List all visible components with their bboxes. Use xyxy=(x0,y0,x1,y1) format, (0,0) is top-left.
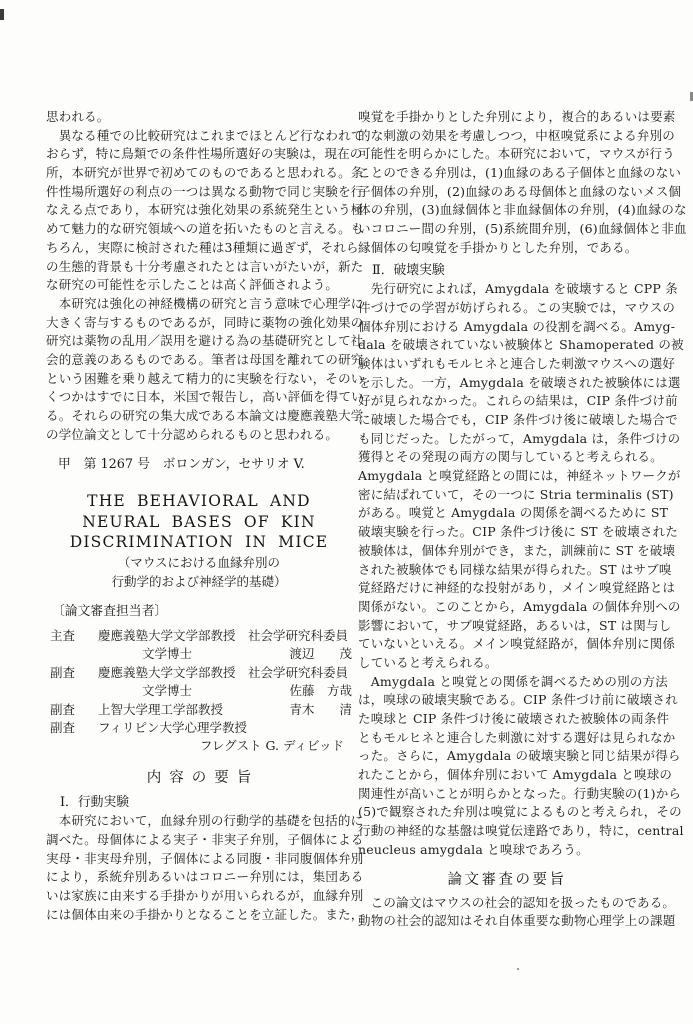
text-line: 研究は薬物の乱用／誤用を避ける為の基礎研究として社 xyxy=(46,332,352,351)
committee-row: 副査 上智大学理工学部教授 青木 清 xyxy=(46,701,352,719)
section-i-title: Ⅰ．行動実験 xyxy=(46,794,352,813)
committee-role: 主査 xyxy=(46,627,90,645)
text-line: 験体はいずれもモルヒネと連合した刺激マウスへの選好 xyxy=(358,355,654,374)
text-line: 嗅覚を手掛かりとした弁別により，複合的あるいは要素 xyxy=(358,108,654,127)
scan-artifact-mark xyxy=(0,9,4,20)
right-column: 嗅覚を手掛かりとした弁別により，複合的あるいは要素的な刺激の効果を考慮しつつ，中… xyxy=(358,108,654,931)
title-line: 行動学的および神経学的基礎） xyxy=(46,572,352,591)
committee-name: フレグスト G. ディビッド xyxy=(200,737,352,755)
text-line: 本研究は強化の神経機構の研究と言う意味で心理学に xyxy=(46,295,352,314)
text-line: 子個体の弁別，(2)血縁のある母個体と血縁のないメス個 xyxy=(358,183,654,202)
text-line: 覚経路だけに神経的な投射があり，メイン嗅覚経路とは xyxy=(358,579,654,598)
text-line: めて魅力的な研究領域への道を拓いたものと言える。も xyxy=(46,220,352,239)
review-heading: 論文審査の要旨 xyxy=(358,868,654,892)
committee-degree: 文学博士 xyxy=(90,682,289,700)
text-line: ことのできる弁別は，(1)血縁のある子個体と血縁のない xyxy=(358,164,654,183)
text-line: この論文はマウスの社会的認知を扱ったものである。 xyxy=(358,894,654,913)
text-line: も同じだった。したがって，Amygdala は，条件づけの xyxy=(358,430,654,449)
text-line: 動物の社会的認知はそれ自体重要な動物心理学上の課題 xyxy=(358,912,654,931)
text-line: により，系統弁別あるいはコロニー弁別には，集団ある xyxy=(46,868,352,887)
section-ii-paragraph-b: Amygdala と嗅覚との関係を調べるための別の方法は，嗅球の破壊実験である。… xyxy=(358,673,654,860)
committee-name: 青木 清 xyxy=(289,701,352,719)
text-line: 大きく寄与するものであるが，同時に薬物の強化効果の xyxy=(46,314,352,333)
committee-section-label: 〔論文審査担当者〕 xyxy=(46,603,352,621)
text-line: という困難を乗り越えて精力的に実験を行ない，そのい xyxy=(46,370,352,389)
committee-role xyxy=(46,645,90,663)
text-line: 被験体は，個体弁別ができ，また，訓練前に ST を破壊 xyxy=(358,542,654,561)
text-line: の生態的背景も十分考慮されたとは言いがたいが，新た xyxy=(46,258,352,277)
text-line: ちろん，実際に検討された種は3種類に過ぎず，それら xyxy=(46,239,352,258)
title-line: DISCRIMINATION IN MICE xyxy=(46,532,352,553)
committee-affiliation: フィリピン大学心理学教授 xyxy=(90,719,352,737)
text-line: ともモルヒネと連合した刺激に対する選好は見られなか xyxy=(358,729,654,748)
text-line: には個体由来の手掛かりとなることを立証した。また， xyxy=(46,906,352,925)
committee-row: 副査 慶應義塾大学文学部教授 社会学研究科委員 xyxy=(46,664,352,682)
title-line: （マウスにおける血縁弁別の xyxy=(46,553,352,572)
scan-artifact-dot xyxy=(517,968,519,970)
text-line: おらず，特に鳥類での条件性場所選好の実験は，現在の xyxy=(46,145,352,164)
text-line: れたことから，個体弁別において Amygdala と嗅球の xyxy=(358,766,654,785)
text-line: の学位論文として十分認められるものと思われる。 xyxy=(46,426,352,445)
text-line: neucleus amygdala と嗅球であろう。 xyxy=(358,841,654,860)
text-line: 会的意義のあるものである。筆者は母国を離れての研究 xyxy=(46,351,352,370)
title-line: NEURAL BASES OF KIN xyxy=(46,512,352,533)
text-line: 密に結ばれていて，その一つに Stria terminalis (ST) xyxy=(358,486,654,505)
text-line: 破壊実験を行った。CIP 条件づけ後に ST を破壊された xyxy=(358,523,654,542)
text-line: がある。嗅覚と Amygdala の関係を調べるために ST xyxy=(358,504,654,523)
text-line: 異なる種での比較研究はこれまでほとんど行なわれて xyxy=(46,127,352,146)
committee-name: 渡辺 茂 xyxy=(289,645,352,663)
text-line: 縁個体の匂嗅覚を手掛かりとした弁別，である。 xyxy=(358,239,654,258)
text-line: いは家族に由来する手掛かりが用いられるが，血縁弁別 xyxy=(46,887,352,906)
text-line: る。それらの研究の集大成である本論文は慶應義塾大学 xyxy=(46,407,352,426)
committee-role: 副査 xyxy=(46,701,90,719)
text-line: 獲得とその発現の両方の関与していると考えられる。 xyxy=(358,448,654,467)
text-line: 関係がない。このことから，Amygdala の個体弁別への xyxy=(358,598,654,617)
text-line: (5)で観察された弁別は嗅覚によるものと考えられ，その xyxy=(358,803,654,822)
committee-affiliation: 慶應義塾大学文学部教授 社会学研究科委員 xyxy=(90,664,352,682)
text-line: 体の弁別，(3)血縁個体と非血縁個体の弁別，(4)血縁のな xyxy=(358,201,654,220)
text-line: た嗅球と CIP 条件づけ後に破壊された被験体の両条件 xyxy=(358,710,654,729)
committee-row: フレグスト G. ディビッド xyxy=(46,737,352,755)
text-line: 実母・非実母弁別，子個体による同腹・非同腹個体弁別 xyxy=(46,850,352,869)
section-i-paragraph: 本研究において，血縁弁別の行動学的基礎を包括的に調べた。母個体による実子・非実子… xyxy=(46,812,352,924)
text-line: dala を破壊されていない被験体と Shamoperated の被 xyxy=(358,336,654,355)
committee-name: 佐藤 方哉 xyxy=(289,682,352,700)
text-line: 件性場所選好の利点の一つは異なる動物で同じ実験を行 xyxy=(46,183,352,202)
document-page: 思われる。 異なる種での比較研究はこれまでほとんど行なわれておらず，特に鳥類での… xyxy=(0,0,693,1024)
text-line: を示した。一方，Amygdala を破壊された被験体には選 xyxy=(358,374,654,393)
text-line: 本研究において，血縁弁別の行動学的基礎を包括的に xyxy=(46,812,352,831)
summary-heading: 内容の要旨 xyxy=(46,766,352,790)
committee-degree: 文学博士 xyxy=(90,645,289,663)
left-column: 思われる。 異なる種での比較研究はこれまでほとんど行なわれておらず，特に鳥類での… xyxy=(46,108,352,925)
committee-spacer xyxy=(90,737,200,755)
committee-role: 副査 xyxy=(46,664,90,682)
section-ii-paragraph: 先行研究によれば，Amygdala を破壊すると CPP 条件づけでの学習が妨げ… xyxy=(358,280,654,672)
text-line: は，嗅球の破壊実験である。CIP 条件づけ前に破壊され xyxy=(358,691,654,710)
text-line: なえる点であり，本研究は強化効果の系統発生という極 xyxy=(46,201,352,220)
text-line: ていないといえる。メイン嗅覚経路が，個体弁別に関係 xyxy=(358,635,654,654)
text-line: 行動の神経的な基盤は嗅覚伝達路であり，特に，central xyxy=(358,822,654,841)
committee-role: 副査 xyxy=(46,719,90,737)
text-line: 思われる。 xyxy=(46,108,352,127)
text-line: していると考えられる。 xyxy=(358,654,654,673)
text-line: 調べた。母個体による実子・非実子弁別，子個体による xyxy=(46,831,352,850)
section-ii-title: Ⅱ．破壊実験 xyxy=(358,262,654,281)
text-line: な研究の可能性を示したことは高く評価されよう。 xyxy=(46,276,352,295)
section-i-paragraph-continued: 嗅覚を手掛かりとした弁別により，複合的あるいは要素的な刺激の効果を考慮しつつ，中… xyxy=(358,108,654,258)
text-line: いコロニー間の弁別，(5)系統間弁別，(6)血縁個体と非血 xyxy=(358,220,654,239)
committee-role xyxy=(46,737,90,755)
text-line: された被験体でも同様な結果が得られた。ST はサブ嗅 xyxy=(358,561,654,580)
review-paragraph: この論文はマウスの社会的認知を扱ったものである。動物の社会的認知はそれ自体重要な… xyxy=(358,894,654,931)
committee-row: 副査 フィリピン大学心理学教授 xyxy=(46,719,352,737)
committee-affiliation: 慶應義塾大学文学部教授 社会学研究科委員 xyxy=(90,627,352,645)
text-line: 可能性を明らかにした。本研究において，マウスが行う xyxy=(358,145,654,164)
thesis-title-japanese: （マウスにおける血縁弁別の 行動学的および神経学的基礎） xyxy=(46,553,352,591)
text-line: に破壊した場合でも，CIP 条件づけ後に破壊した場合で xyxy=(358,411,654,430)
committee-row: 文学博士 佐藤 方哉 xyxy=(46,682,352,700)
thesis-number-line: 甲 第 1267 号 ボロンガン，セサリオ V. xyxy=(46,456,352,475)
text-line: 好が見られなかった。これらの結果は，CIP 条件づけ前 xyxy=(358,392,654,411)
text-line: 的な刺激の効果を考慮しつつ，中枢嗅覚系による弁別の xyxy=(358,127,654,146)
text-line: 個体弁別における Amygdala の役割を調べる。Amyg- xyxy=(358,318,654,337)
text-line: 先行研究によれば，Amygdala を破壊すると CPP 条 xyxy=(358,280,654,299)
text-line: 件づけでの学習が妨げられる。この実験では，マウスの xyxy=(358,299,654,318)
review-continuation-paragraphs: 思われる。 異なる種での比較研究はこれまでほとんど行なわれておらず，特に鳥類での… xyxy=(46,108,352,444)
text-line: 影響において，サブ嗅覚経路，あるいは，ST は関与し xyxy=(358,617,654,636)
text-line: 関連性が高いことが明らかとなった。行動実験の(1)から xyxy=(358,785,654,804)
thesis-title-english: THE BEHAVIORAL AND NEURAL BASES OF KIN D… xyxy=(46,491,352,553)
committee-role xyxy=(46,682,90,700)
committee-list: 主査 慶應義塾大学文学部教授 社会学研究科委員 文学博士 渡辺 茂 副査 慶應義… xyxy=(46,627,352,756)
committee-affiliation: 上智大学理工学部教授 xyxy=(90,701,289,719)
committee-row: 文学博士 渡辺 茂 xyxy=(46,645,352,663)
text-line: くつかはすでに日本，米国で報告し，高い評価を得てい xyxy=(46,388,352,407)
text-line: Amygdala と嗅覚経路との間には，神経ネットワークが xyxy=(358,467,654,486)
text-line: った。さらに，Amygdala の破壊実験と同じ結果が得ら xyxy=(358,747,654,766)
title-line: THE BEHAVIORAL AND xyxy=(46,491,352,512)
committee-row: 主査 慶應義塾大学文学部教授 社会学研究科委員 xyxy=(46,627,352,645)
text-line: Amygdala と嗅覚との関係を調べるための別の方法 xyxy=(358,673,654,692)
text-line: 所，本研究が世界で初めてのものであると思われる。条 xyxy=(46,164,352,183)
